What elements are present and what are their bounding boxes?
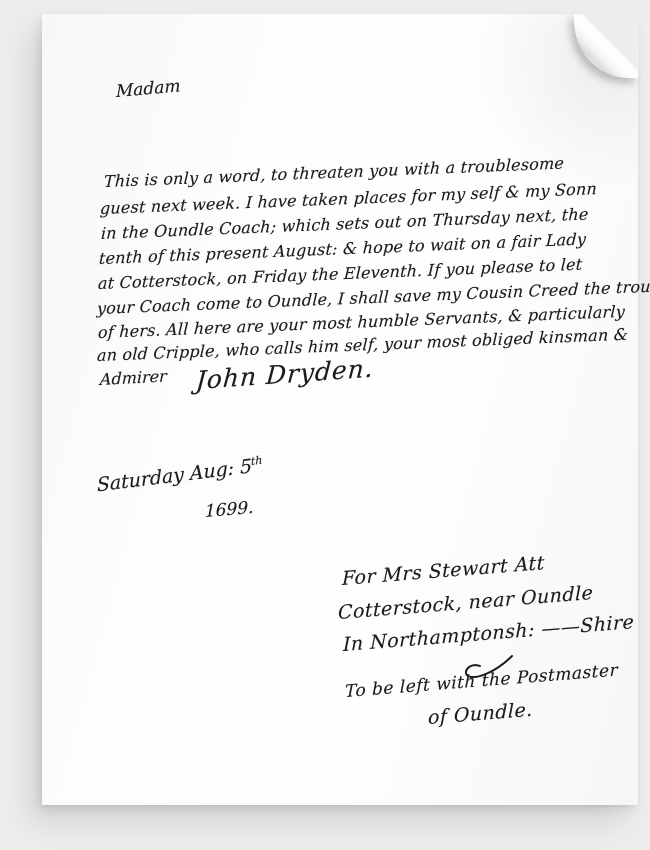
pen-flourish-mark: [458, 652, 518, 696]
letter-page: [42, 14, 638, 805]
date-year: 1699.: [205, 498, 253, 522]
date-ordinal: th: [251, 454, 263, 468]
letter-photo: Madam This is only a word, to threaten y…: [0, 0, 650, 850]
closing: Admirer: [100, 366, 167, 389]
